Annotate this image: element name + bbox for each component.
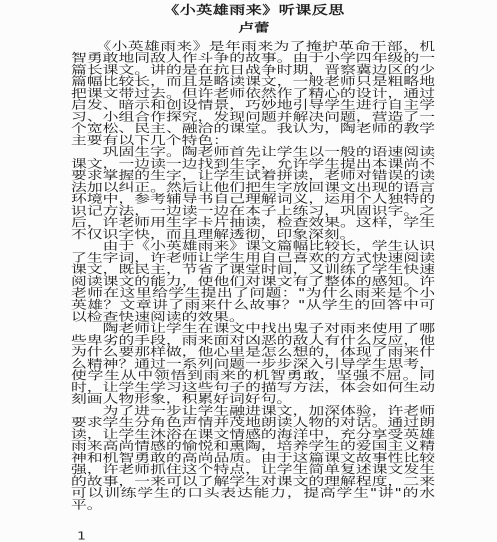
text-line: 平。 xyxy=(71,499,435,511)
text-line: 可以训练学生的口头表达能力，提高学生"讲"的水 xyxy=(71,487,435,499)
paragraph: 由于《小英雄雨来》课文篇幅比较长，学生认识了生字词，许老师让学生用自己喜欢的方式… xyxy=(71,240,437,322)
page-content: 《小英雄雨来》听课反思 卢蕾 《小英雄雨来》是年雨来为了掩护革命干部，机智勇敢地… xyxy=(71,2,437,542)
page-title: 《小英雄雨来》听课反思 xyxy=(71,2,437,18)
page-number: 1 xyxy=(71,530,437,542)
paragraph: 陶老师让学生在课文中找出鬼子对雨来使用了哪些卑劣的手段，雨来面对凶恶的敌人有什么… xyxy=(71,322,437,404)
author-name: 卢蕾 xyxy=(71,20,437,36)
paragraph: 巩固生字。陶老师首先让学生以一般的语速阅读课文，一边读一边找到生字，允许学生提出… xyxy=(71,146,437,240)
paragraph: 为了进一步让学生融进课文，加深体验，许老师要求学生分角色声情并茂地朗读人物的对话… xyxy=(71,405,437,511)
paragraph: 《小英雄雨来》是年雨来为了掩护革命干部，机智勇敢地同敌人作斗争的故事。由于小学四… xyxy=(71,40,437,146)
document-body: 《小英雄雨来》是年雨来为了掩护革命干部，机智勇敢地同敌人作斗争的故事。由于小学四… xyxy=(71,40,437,510)
document-page: 《小英雄雨来》听课反思 卢蕾 《小英雄雨来》是年雨来为了掩护革命干部，机智勇敢地… xyxy=(0,0,497,542)
